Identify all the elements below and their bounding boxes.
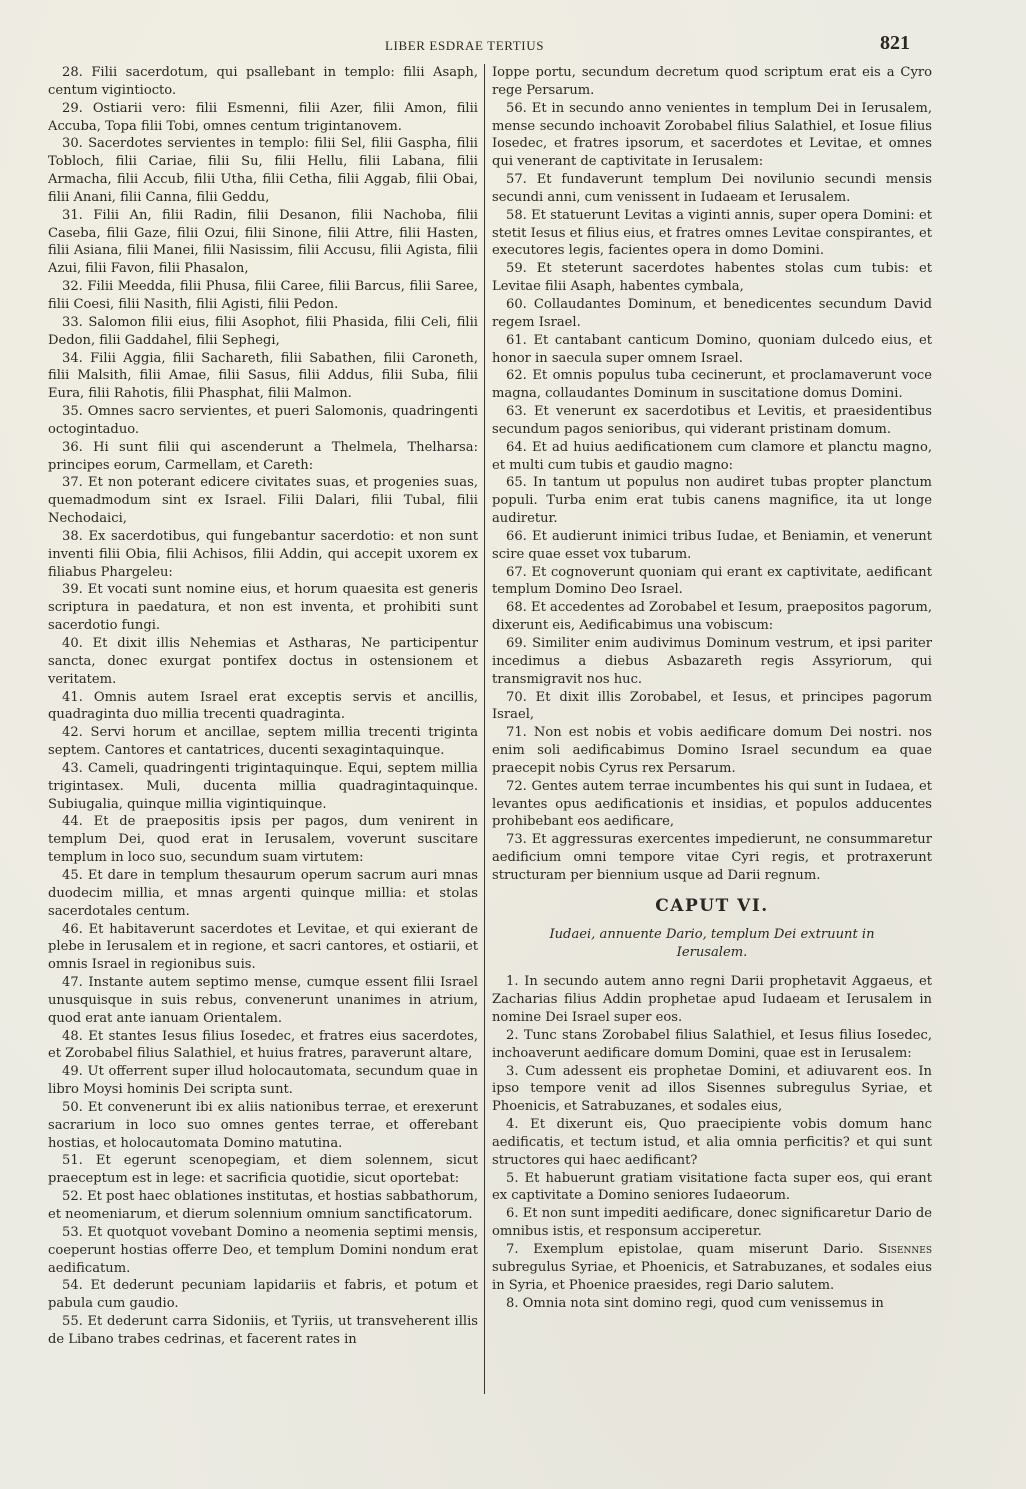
verses-chapter-5: 56. Et in secundo anno venientes in temp… xyxy=(492,100,932,885)
verse: 60. Collaudantes Dominum, et benedicente… xyxy=(492,296,932,332)
verse-number: 48. xyxy=(62,1029,83,1044)
verse-text: Et aggressuras exercentes impedierunt, n… xyxy=(492,832,932,883)
verse-text: Hi sunt filii qui ascenderunt a Thelmela… xyxy=(48,440,478,473)
verse-number: 58. xyxy=(506,208,527,223)
verse: 29. Ostiarii vero: filii Esmenni, filii … xyxy=(48,100,478,136)
verse: 39. Et vocati sunt nomine eius, et horum… xyxy=(48,581,478,635)
verses-chapter-6: 1. In secundo autem anno regni Darii pro… xyxy=(492,973,932,1312)
verse-text: Cum adessent eis prophetae Domini, et ad… xyxy=(492,1064,932,1115)
verse: 53. Et quotquot vovebant Domino a neomen… xyxy=(48,1224,478,1278)
verse-text: Et audierunt inimici tribus Iudae, et Be… xyxy=(492,529,932,562)
verse-number: 8. xyxy=(506,1296,519,1311)
verse: 41. Omnis autem Israel erat exceptis ser… xyxy=(48,689,478,725)
verse-text: Et venerunt ex sacerdotibus et Levitis, … xyxy=(492,404,932,437)
verse-number: 51. xyxy=(62,1153,83,1168)
verse-number: 59. xyxy=(506,261,527,276)
verse-number: 34. xyxy=(62,351,83,366)
verse: 2. Tunc stans Zorobabel filius Salathiel… xyxy=(492,1027,932,1063)
verse: 48. Et stantes Iesus filius Iosedec, et … xyxy=(48,1028,478,1064)
verse-text: Et cognoverunt quoniam qui erant ex capt… xyxy=(492,565,932,598)
verse: 42. Servi horum et ancillae, septem mill… xyxy=(48,724,478,760)
verse-text: Et ad huius aedificationem cum clamore e… xyxy=(492,440,932,473)
verse-number: 49. xyxy=(62,1064,83,1079)
verse-number: 43. xyxy=(62,761,83,776)
verse: 59. Et steterunt sacerdotes habentes sto… xyxy=(492,260,932,296)
verse-number: 37. xyxy=(62,475,83,490)
verse: 35. Omnes sacro servientes, et pueri Sal… xyxy=(48,403,478,439)
verse-number: 68. xyxy=(506,600,527,615)
verse-text: Filii An, filii Radin, filii Desanon, fi… xyxy=(48,208,478,277)
verse-text: Non est nobis et vobis aedificare domum … xyxy=(492,725,932,776)
verse-text: Et statuerunt Levitas a viginti annis, s… xyxy=(492,208,932,259)
verse-number: 63. xyxy=(506,404,527,419)
verse-text: Et dixerunt eis, Quo praecipiente vobis … xyxy=(492,1117,932,1168)
verse-number: 71. xyxy=(506,725,527,740)
verse-text: Et dixit illis Nehemias et Astharas, Ne … xyxy=(48,636,478,687)
verse: 67. Et cognoverunt quoniam qui erant ex … xyxy=(492,564,932,600)
verse-number: 61. xyxy=(506,333,527,348)
verse-number: 44. xyxy=(62,814,83,829)
verse-text: In tantum ut populus non audiret tubas p… xyxy=(492,475,932,526)
verse-text: Et omnis populus tuba cecinerunt, et pro… xyxy=(492,368,932,401)
verse-smallcaps-name: Sisennes xyxy=(878,1242,932,1257)
verse: 6. Et non sunt impediti aedificare, done… xyxy=(492,1205,932,1241)
verse-text: Et dare in templum thesaurum operum sacr… xyxy=(48,868,478,919)
verse: 33. Salomon filii eius, filii Asophot, f… xyxy=(48,314,478,350)
verse-text: Et quotquot vovebant Domino a neomenia s… xyxy=(48,1225,478,1276)
verse-number: 46. xyxy=(62,922,83,937)
verse-text: Et habitaverunt sacerdotes et Levitae, e… xyxy=(48,922,478,973)
verse-number: 3. xyxy=(506,1064,519,1079)
verse-text: Omnia nota sint domino regi, quod cum ve… xyxy=(523,1296,884,1311)
verse-text: Et dederunt pecuniam lapidariis et fabri… xyxy=(48,1278,478,1311)
chapter-heading: CAPUT VI. xyxy=(492,898,932,916)
verse-number: 50. xyxy=(62,1100,83,1115)
verse: 52. Et post haec oblationes institutas, … xyxy=(48,1188,478,1224)
column-divider xyxy=(484,64,485,1394)
verse-text: Cameli, quadringenti trigintaquinque. Eq… xyxy=(48,761,478,812)
verse-number: 69. xyxy=(506,636,527,651)
verse: 45. Et dare in templum thesaurum operum … xyxy=(48,867,478,921)
verse-number: 6. xyxy=(506,1206,519,1221)
verse-number: 72. xyxy=(506,779,527,794)
verse-text: Et non sunt impediti aedificare, donec s… xyxy=(492,1206,932,1239)
verse-text: Et de praepositis ipsis per pagos, dum v… xyxy=(48,814,478,865)
verse: 3. Cum adessent eis prophetae Domini, et… xyxy=(492,1063,932,1117)
verse-text: Similiter enim audivimus Dominum vestrum… xyxy=(492,636,932,687)
verse-number: 5. xyxy=(506,1171,519,1186)
right-column: Ioppe portu, secundum decretum quod scri… xyxy=(492,64,932,1312)
verse: 8. Omnia nota sint domino regi, quod cum… xyxy=(492,1295,932,1313)
page-number: 821 xyxy=(880,32,910,55)
verse-number: 70. xyxy=(506,690,527,705)
verse-number: 1. xyxy=(506,974,519,989)
verse-number: 35. xyxy=(62,404,83,419)
verse-text: Servi horum et ancillae, septem millia t… xyxy=(48,725,478,758)
verse-text: Sacerdotes servientes in templo: filii S… xyxy=(48,136,478,205)
verse: 51. Et egerunt scenopegiam, et diem sole… xyxy=(48,1152,478,1188)
verse-number: 4. xyxy=(506,1117,519,1132)
verse: 71. Non est nobis et vobis aedificare do… xyxy=(492,724,932,778)
verse-text: Et accedentes ad Zorobabel et Iesum, pra… xyxy=(492,600,932,633)
verse-text: Et steterunt sacerdotes habentes stolas … xyxy=(492,261,932,294)
verse-text: Et stantes Iesus filius Iosedec, et frat… xyxy=(48,1029,478,1062)
verse: 34. Filii Aggia, filii Sachareth, filii … xyxy=(48,350,478,404)
verse-number: 36. xyxy=(62,440,83,455)
verse: 37. Et non poterant edicere civitates su… xyxy=(48,474,478,528)
verse-text: Ostiarii vero: filii Esmenni, filii Azer… xyxy=(48,101,478,134)
verse: 54. Et dederunt pecuniam lapidariis et f… xyxy=(48,1277,478,1313)
verse: 43. Cameli, quadringenti trigintaquinque… xyxy=(48,760,478,814)
chapter-summary: Iudaei, annuente Dario, templum Dei extr… xyxy=(532,926,892,962)
verse-text: Et vocati sunt nomine eius, et horum qua… xyxy=(48,582,478,633)
left-column: 28. Filii sacerdotum, qui psallebant in … xyxy=(48,64,478,1349)
verse: 55. Et dederunt carra Sidoniis, et Tyrii… xyxy=(48,1313,478,1349)
verse: 49. Ut offerrent super illud holocautoma… xyxy=(48,1063,478,1099)
verse: 65. In tantum ut populus non audiret tub… xyxy=(492,474,932,528)
verse-number: 52. xyxy=(62,1189,83,1204)
running-title: LIBER ESDRAE TERTIUS xyxy=(385,38,544,54)
verse: 32. Filii Meedda, filii Phusa, filii Car… xyxy=(48,278,478,314)
verse-number: 31. xyxy=(62,208,83,223)
verse-text: Gentes autem terrae incumbentes his qui … xyxy=(492,779,932,830)
verse: 56. Et in secundo anno venientes in temp… xyxy=(492,100,932,171)
verse: 62. Et omnis populus tuba cecinerunt, et… xyxy=(492,367,932,403)
verse-text: Omnis autem Israel erat exceptis servis … xyxy=(48,690,478,723)
verse-number: 66. xyxy=(506,529,527,544)
verse-number: 55. xyxy=(62,1314,83,1329)
verse-number: 67. xyxy=(506,565,527,580)
verse-text: Et egerunt scenopegiam, et diem solennem… xyxy=(48,1153,478,1186)
verse-number: 53. xyxy=(62,1225,83,1240)
verse-number: 57. xyxy=(506,172,527,187)
verse-continuation: Ioppe portu, secundum decretum quod scri… xyxy=(492,64,932,100)
verse-text: Tunc stans Zorobabel filius Salathiel, e… xyxy=(492,1028,932,1061)
verse-text: Et post haec oblationes institutas, et h… xyxy=(48,1189,478,1222)
verse-number: 47. xyxy=(62,975,83,990)
verse: 46. Et habitaverunt sacerdotes et Levita… xyxy=(48,921,478,975)
verse-number: 42. xyxy=(62,725,83,740)
verse-number: 30. xyxy=(62,136,83,151)
verse: 7. Exemplum epistolae, quam miserunt Dar… xyxy=(492,1241,932,1295)
verse: 63. Et venerunt ex sacerdotibus et Levit… xyxy=(492,403,932,439)
verse: 30. Sacerdotes servientes in templo: fil… xyxy=(48,135,478,206)
verse: 44. Et de praepositis ipsis per pagos, d… xyxy=(48,813,478,867)
verse-text: Et cantabant canticum Domino, quoniam du… xyxy=(492,333,932,366)
verse: 72. Gentes autem terrae incumbentes his … xyxy=(492,778,932,832)
verse-number: 65. xyxy=(506,475,527,490)
verse-text: Et in secundo anno venientes in templum … xyxy=(492,101,932,170)
verse: 38. Ex sacerdotibus, qui fungebantur sac… xyxy=(48,528,478,582)
verse-text: Et convenerunt ibi ex aliis nationibus t… xyxy=(48,1100,478,1151)
verse-number: 33. xyxy=(62,315,83,330)
verse-number: 45. xyxy=(62,868,83,883)
verse-number: 64. xyxy=(506,440,527,455)
verse-number: 62. xyxy=(506,368,527,383)
verse-number: 7. xyxy=(506,1242,519,1257)
verse-text: Instante autem septimo mense, cumque ess… xyxy=(48,975,478,1026)
verse-number: 32. xyxy=(62,279,83,294)
verse-text: Filii sacerdotum, qui psallebant in temp… xyxy=(48,65,478,98)
verse-text: Et non poterant edicere civitates suas, … xyxy=(48,475,478,526)
verse-text: Ex sacerdotibus, qui fungebantur sacerdo… xyxy=(48,529,478,580)
verse: 57. Et fundaverunt templum Dei novilunio… xyxy=(492,171,932,207)
verse-text: Et habuerunt gratiam visitatione facta s… xyxy=(492,1171,932,1204)
verse-number: 39. xyxy=(62,582,83,597)
verse: 70. Et dixit illis Zorobabel, et Iesus, … xyxy=(492,689,932,725)
verse: 40. Et dixit illis Nehemias et Astharas,… xyxy=(48,635,478,689)
verse-number: 73. xyxy=(506,832,527,847)
verse-text: Ut offerrent super illud holocautomata, … xyxy=(48,1064,478,1097)
verse: 1. In secundo autem anno regni Darii pro… xyxy=(492,973,932,1027)
verse: 68. Et accedentes ad Zorobabel et Iesum,… xyxy=(492,599,932,635)
verse-number: 40. xyxy=(62,636,83,651)
verse-text: Et dederunt carra Sidoniis, et Tyriis, u… xyxy=(48,1314,478,1347)
verse: 50. Et convenerunt ibi ex aliis nationib… xyxy=(48,1099,478,1153)
verse-number: 29. xyxy=(62,101,83,116)
verse: 4. Et dixerunt eis, Quo praecipiente vob… xyxy=(492,1116,932,1170)
verse-text-after: subregulus Syriae, et Phoenicis, et Satr… xyxy=(492,1260,932,1293)
verse-text: Et dixit illis Zorobabel, et Iesus, et p… xyxy=(492,690,932,723)
verse: 64. Et ad huius aedificationem cum clamo… xyxy=(492,439,932,475)
verse: 31. Filii An, filii Radin, filii Desanon… xyxy=(48,207,478,278)
verse: 69. Similiter enim audivimus Dominum ves… xyxy=(492,635,932,689)
verse: 36. Hi sunt filii qui ascenderunt a Thel… xyxy=(48,439,478,475)
verse-number: 60. xyxy=(506,297,527,312)
verse-number: 38. xyxy=(62,529,83,544)
verse: 73. Et aggressuras exercentes impedierun… xyxy=(492,831,932,885)
verse: 66. Et audierunt inimici tribus Iudae, e… xyxy=(492,528,932,564)
verse-text: Et fundaverunt templum Dei novilunio sec… xyxy=(492,172,932,205)
verse-text: Exemplum epistolae, quam miserunt Dario. xyxy=(533,1242,863,1257)
verse-number: 41. xyxy=(62,690,83,705)
verse-text: Filii Aggia, filii Sachareth, filii Saba… xyxy=(48,351,478,402)
running-head: LIBER ESDRAE TERTIUS 821 xyxy=(0,36,1026,56)
verse-text: Salomon filii eius, filii Asophot, filii… xyxy=(48,315,478,348)
verse-number: 54. xyxy=(62,1278,83,1293)
verse-text: In secundo autem anno regni Darii prophe… xyxy=(492,974,932,1025)
verse: 28. Filii sacerdotum, qui psallebant in … xyxy=(48,64,478,100)
verse-text: Omnes sacro servientes, et pueri Salomon… xyxy=(48,404,478,437)
verse-number: 2. xyxy=(506,1028,519,1043)
verse-number: 56. xyxy=(506,101,527,116)
verse: 58. Et statuerunt Levitas a viginti anni… xyxy=(492,207,932,261)
verse: 47. Instante autem septimo mense, cumque… xyxy=(48,974,478,1028)
verse-number: 28. xyxy=(62,65,83,80)
verse-text: Collaudantes Dominum, et benedicentes se… xyxy=(492,297,932,330)
verse-text: Filii Meedda, filii Phusa, filii Caree, … xyxy=(48,279,478,312)
verse: 5. Et habuerunt gratiam visitatione fact… xyxy=(492,1170,932,1206)
verse: 61. Et cantabant canticum Domino, quonia… xyxy=(492,332,932,368)
